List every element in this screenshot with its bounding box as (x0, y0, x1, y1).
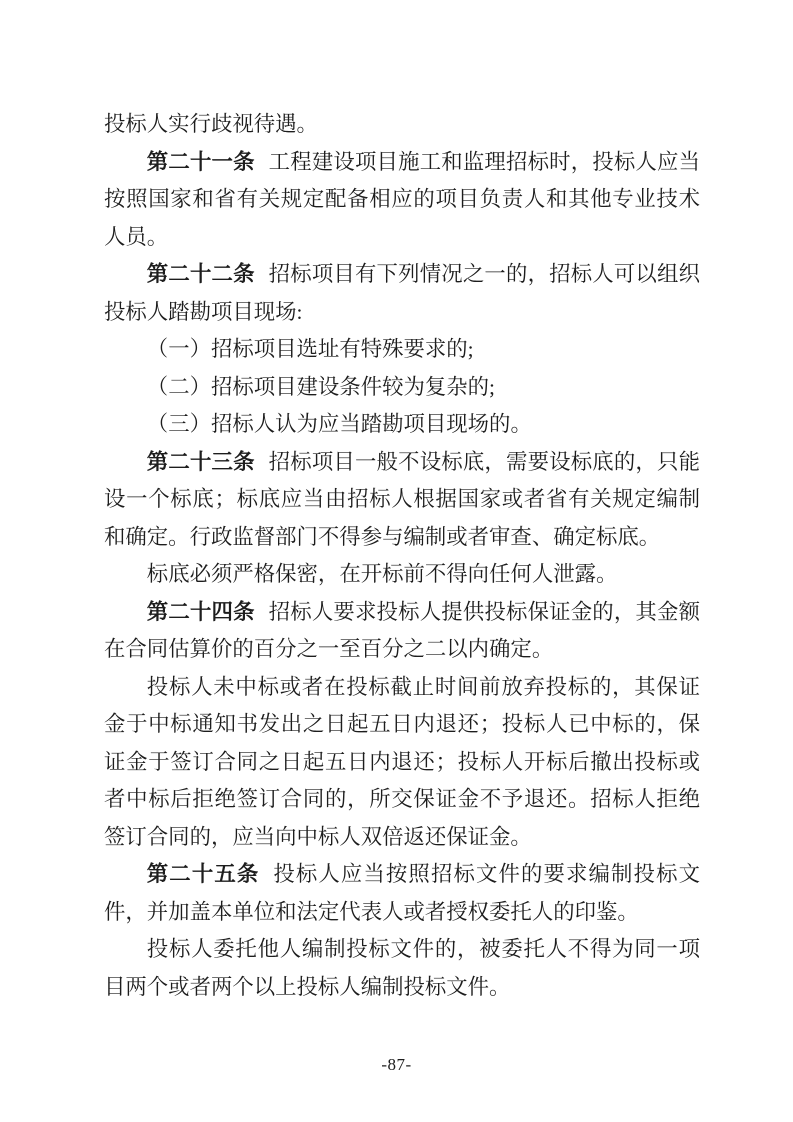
paragraph-article-23: 第二十三条招标项目一般不设标底，需要设标底的，只能设一个标底；标底应当由招标人根… (104, 444, 700, 557)
paragraph: 标底必须严格保密，在开标前不得向任何人泄露。 (104, 556, 700, 594)
document-body: 投标人实行歧视待遇。 第二十一条工程建设项目施工和监理招标时，投标人应当按照国家… (104, 106, 700, 1006)
article-number: 第二十一条 (147, 150, 255, 174)
paragraph-item-3: （三）招标人认为应当踏勘项目现场的。 (104, 406, 700, 444)
article-number: 第二十四条 (147, 600, 255, 624)
paragraph-article-24: 第二十四条招标人要求投标人提供投标保证金的，其金额在合同估算价的百分之一至百分之… (104, 594, 700, 669)
paragraph-item-2: （二）招标项目建设条件较为复杂的; (104, 369, 700, 407)
article-number: 第二十五条 (147, 862, 260, 886)
paragraph-article-25: 第二十五条投标人应当按照招标文件的要求编制投标文件，并加盖本单位和法定代表人或者… (104, 856, 700, 931)
paragraph: 投标人未中标或者在投标截止时间前放弃投标的，其保证金于中标通知书发出之日起五日内… (104, 669, 700, 857)
paragraph-text: （一）招标项目选址有特殊要求的; (147, 337, 474, 361)
article-number: 第二十二条 (147, 262, 255, 286)
paragraph: 投标人委托他人编制投标文件的，被委托人不得为同一项目两个或者两个以上投标人编制投… (104, 931, 700, 1006)
paragraph: 投标人实行歧视待遇。 (104, 106, 700, 144)
paragraph-article-22: 第二十二条招标项目有下列情况之一的，招标人可以组织投标人踏勘项目现场: (104, 256, 700, 331)
paragraph-text: （二）招标项目建设条件较为复杂的; (147, 375, 495, 399)
page-number: -87- (381, 1055, 411, 1074)
paragraph-text: 投标人实行歧视待遇。 (104, 112, 318, 136)
paragraph-text: （三）招标人认为应当踏勘项目现场的。 (147, 412, 532, 436)
document-page: 投标人实行歧视待遇。 第二十一条工程建设项目施工和监理招标时，投标人应当按照国家… (0, 0, 793, 1122)
article-number: 第二十三条 (147, 450, 255, 474)
paragraph-item-1: （一）招标项目选址有特殊要求的; (104, 331, 700, 369)
paragraph-article-21: 第二十一条工程建设项目施工和监理招标时，投标人应当按照国家和省有关规定配备相应的… (104, 144, 700, 257)
page-footer: -87- (0, 1055, 793, 1075)
paragraph-text: 投标人未中标或者在投标截止时间前放弃投标的，其保证金于中标通知书发出之日起五日内… (104, 675, 700, 849)
paragraph-text: 标底必须严格保密，在开标前不得向任何人泄露。 (147, 562, 618, 586)
paragraph-text: 投标人委托他人编制投标文件的，被委托人不得为同一项目两个或者两个以上投标人编制投… (104, 937, 700, 999)
